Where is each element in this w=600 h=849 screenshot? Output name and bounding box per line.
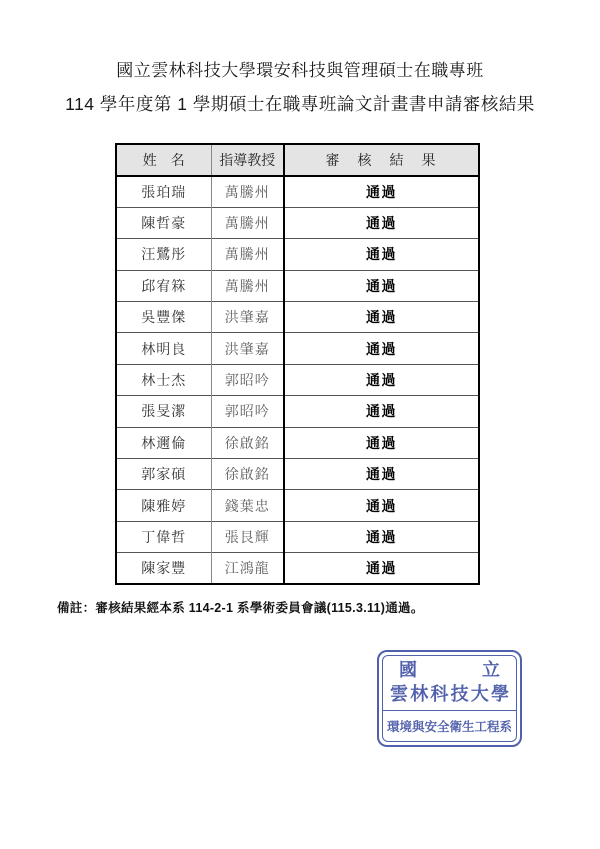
table-row: 陳雅婷錢葉忠通過 bbox=[116, 490, 479, 521]
advisor-name-cell: 萬騰州 bbox=[211, 270, 284, 301]
stamp-line-university: 雲林科技大學 bbox=[383, 682, 516, 707]
student-name-cell: 陳哲豪 bbox=[116, 207, 211, 238]
table-row: 邱宥箖萬騰州通過 bbox=[116, 270, 479, 301]
student-name-cell: 陳雅婷 bbox=[116, 490, 211, 521]
advisor-name-cell: 萬騰州 bbox=[211, 176, 284, 207]
advisor-name-cell: 萬騰州 bbox=[211, 239, 284, 270]
results-table: 姓 名 指導教授 審 核 結 果 張珀瑞萬騰州通過陳哲豪萬騰州通過汪鷺彤萬騰州通… bbox=[115, 143, 480, 585]
advisor-name-cell: 郭昭吟 bbox=[211, 396, 284, 427]
result-cell: 通過 bbox=[284, 333, 479, 364]
table-row: 陳家豐江鴻龍通過 bbox=[116, 553, 479, 584]
student-name-cell: 張旻潔 bbox=[116, 396, 211, 427]
table-row: 陳哲豪萬騰州通過 bbox=[116, 207, 479, 238]
table-header-row: 姓 名 指導教授 審 核 結 果 bbox=[116, 144, 479, 176]
advisor-name-cell: 洪肇嘉 bbox=[211, 333, 284, 364]
result-cell: 通過 bbox=[284, 176, 479, 207]
result-cell: 通過 bbox=[284, 364, 479, 395]
student-name-cell: 林明良 bbox=[116, 333, 211, 364]
advisor-name-cell: 錢葉忠 bbox=[211, 490, 284, 521]
result-cell: 通過 bbox=[284, 521, 479, 552]
advisor-name-cell: 張艮輝 bbox=[211, 521, 284, 552]
col-header-result: 審 核 結 果 bbox=[284, 144, 479, 176]
table-row: 林明良洪肇嘉通過 bbox=[116, 333, 479, 364]
advisor-name-cell: 徐啟銘 bbox=[211, 459, 284, 490]
advisor-name-cell: 洪肇嘉 bbox=[211, 302, 284, 333]
student-name-cell: 林邇倫 bbox=[116, 427, 211, 458]
advisor-name-cell: 萬騰州 bbox=[211, 207, 284, 238]
stamp-line-department: 環境與安全衛生工程系 bbox=[383, 711, 516, 741]
footnote: 備註：審核結果經本系 114-2-1 系學術委員會議(115.3.11)通過。 bbox=[57, 598, 424, 616]
stamp-line-national: 國 立 bbox=[383, 656, 516, 682]
result-cell: 通過 bbox=[284, 459, 479, 490]
student-name-cell: 林士杰 bbox=[116, 364, 211, 395]
document-title: 國立雲林科技大學環安科技與管理碩士在職專班 bbox=[0, 56, 600, 81]
student-name-cell: 吳豐傑 bbox=[116, 302, 211, 333]
advisor-name-cell: 徐啟銘 bbox=[211, 427, 284, 458]
result-cell: 通過 bbox=[284, 239, 479, 270]
student-name-cell: 丁偉哲 bbox=[116, 521, 211, 552]
student-name-cell: 張珀瑞 bbox=[116, 176, 211, 207]
document-subtitle: 114 學年度第 1 學期碩士在職專班論文計畫書申請審核結果 bbox=[0, 91, 600, 116]
table-row: 郭家碩徐啟銘通過 bbox=[116, 459, 479, 490]
table-row: 吳豐傑洪肇嘉通過 bbox=[116, 302, 479, 333]
col-header-name: 姓 名 bbox=[116, 144, 211, 176]
student-name-cell: 郭家碩 bbox=[116, 459, 211, 490]
result-cell: 通過 bbox=[284, 553, 479, 584]
advisor-name-cell: 江鴻龍 bbox=[211, 553, 284, 584]
table-row: 林士杰郭昭吟通過 bbox=[116, 364, 479, 395]
table-row: 林邇倫徐啟銘通過 bbox=[116, 427, 479, 458]
result-cell: 通過 bbox=[284, 396, 479, 427]
result-cell: 通過 bbox=[284, 427, 479, 458]
table-row: 張旻潔郭昭吟通過 bbox=[116, 396, 479, 427]
result-cell: 通過 bbox=[284, 490, 479, 521]
document-page: 國立雲林科技大學環安科技與管理碩士在職專班 114 學年度第 1 學期碩士在職專… bbox=[0, 0, 600, 849]
student-name-cell: 汪鷺彤 bbox=[116, 239, 211, 270]
table-row: 張珀瑞萬騰州通過 bbox=[116, 176, 479, 207]
advisor-name-cell: 郭昭吟 bbox=[211, 364, 284, 395]
stamp-inner-border: 國 立 雲林科技大學 環境與安全衛生工程系 bbox=[382, 655, 517, 742]
table-row: 丁偉哲張艮輝通過 bbox=[116, 521, 479, 552]
student-name-cell: 陳家豐 bbox=[116, 553, 211, 584]
result-cell: 通過 bbox=[284, 270, 479, 301]
result-cell: 通過 bbox=[284, 207, 479, 238]
student-name-cell: 邱宥箖 bbox=[116, 270, 211, 301]
table-row: 汪鷺彤萬騰州通過 bbox=[116, 239, 479, 270]
col-header-advisor: 指導教授 bbox=[211, 144, 284, 176]
result-cell: 通過 bbox=[284, 302, 479, 333]
university-stamp: 國 立 雲林科技大學 環境與安全衛生工程系 bbox=[377, 650, 522, 747]
stamp-department-text: 環境與安全衛生工程系 bbox=[387, 717, 512, 735]
